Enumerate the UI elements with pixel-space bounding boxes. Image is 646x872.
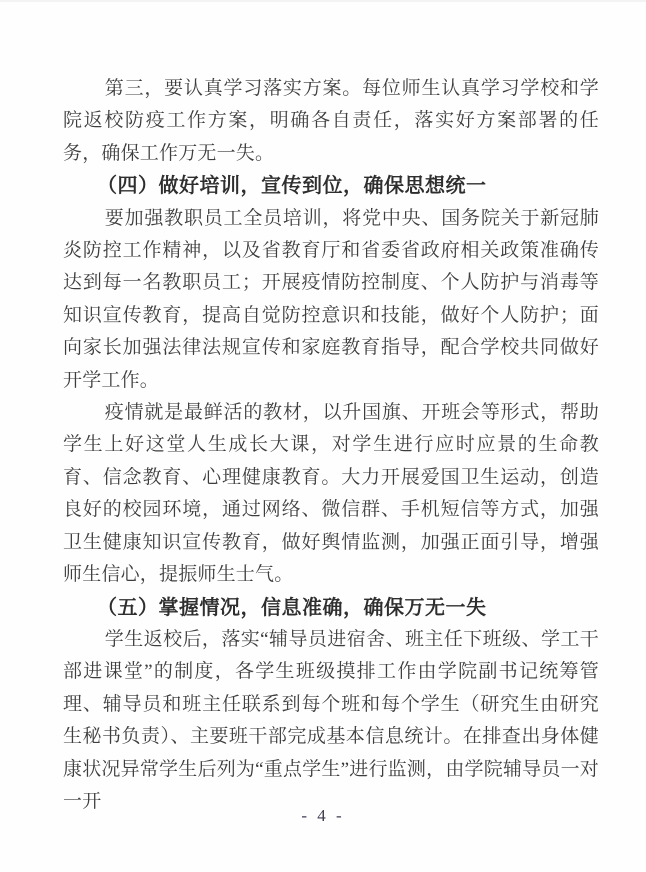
paragraph-student-return-monitoring: 学生返校后，落实“辅导员进宿舍、班主任下班级、学工干部进课堂”的制度，各学生班级… [63, 624, 599, 818]
page-number: - 4 - [0, 806, 646, 826]
document-page: 第三，要认真学习落实方案。每位师生认真学习学校和学院返校防疫工作方案，明确各自责… [0, 0, 646, 872]
paragraph-staff-training: 要加强教职员工全员培训，将党中央、国务院关于新冠肺炎防控工作精神，以及省教育厅和… [63, 203, 599, 397]
section-heading-five-information: （五）掌握情况，信息准确，确保万无一失 [63, 592, 599, 624]
paragraph-epidemic-education: 疫情就是最鲜活的教材，以升国旗、开班会等形式，帮助学生上好这堂人生成长大课，对学… [63, 397, 599, 591]
paragraph-study-implement-plan: 第三，要认真学习落实方案。每位师生认真学习学校和学院返校防疫工作方案，明确各自责… [63, 73, 599, 170]
document-body: 第三，要认真学习落实方案。每位师生认真学习学校和学院返校防疫工作方案，明确各自责… [63, 73, 599, 818]
section-heading-four-training: （四）做好培训，宣传到位，确保思想统一 [63, 170, 599, 202]
